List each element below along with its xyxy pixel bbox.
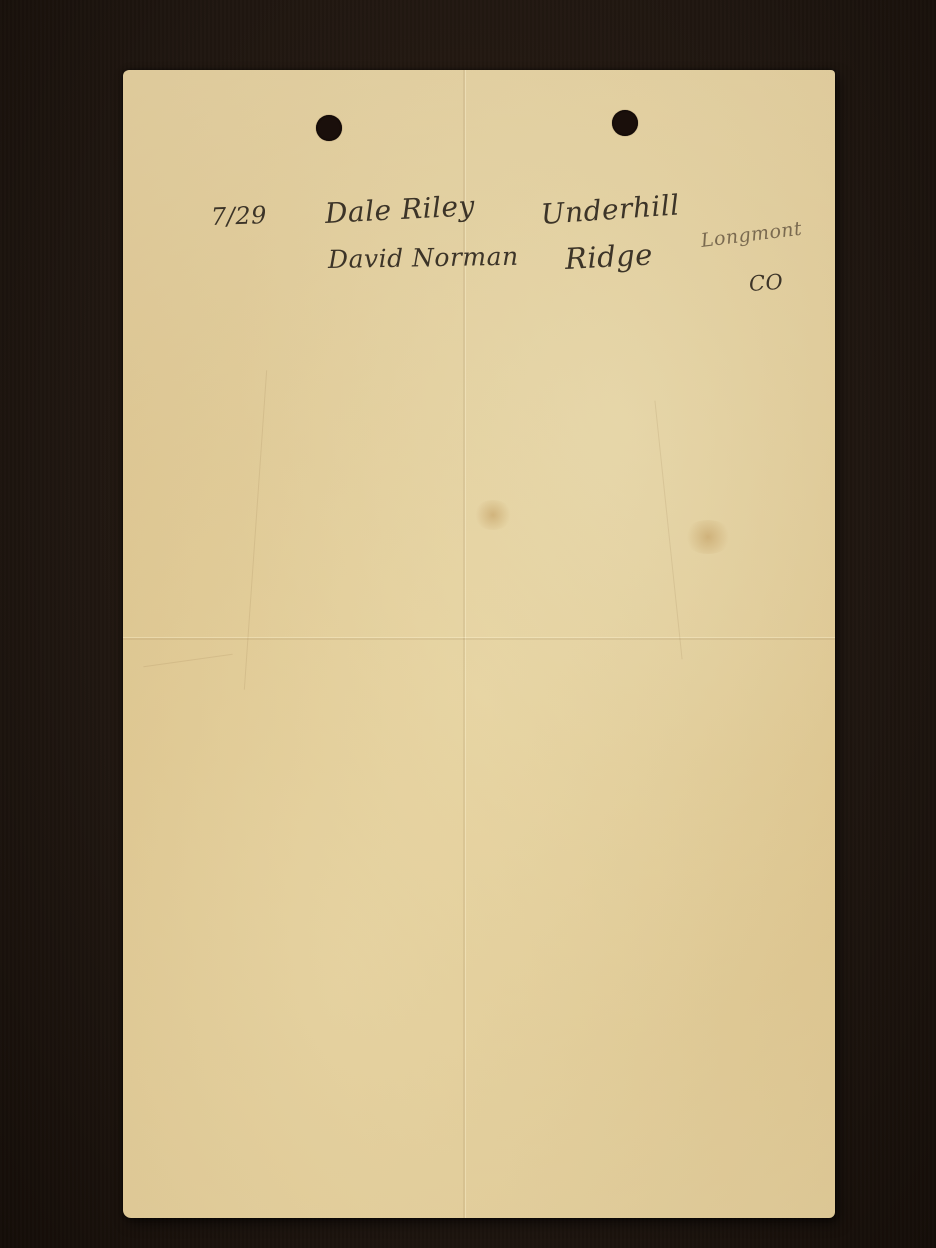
handwritten-city: Longmont	[700, 218, 804, 252]
paper-stain	[473, 500, 513, 530]
punch-hole-left	[316, 115, 342, 141]
handwritten-route-line-1: Underhill	[540, 188, 681, 231]
paper-sheet: 7/29 Dale Riley David Norman Underhill R…	[123, 70, 835, 1218]
punch-hole-right	[612, 110, 638, 136]
paper-crease	[654, 401, 682, 660]
handwritten-state: CO	[748, 270, 784, 296]
handwritten-date: 7/29	[211, 201, 268, 231]
paper-stain	[683, 520, 733, 554]
handwritten-name-2: David Norman	[328, 242, 519, 274]
horizontal-fold-line	[123, 638, 835, 640]
paper-crease	[143, 654, 232, 668]
handwritten-name-1: Dale Riley	[324, 189, 475, 230]
handwritten-route-line-2: Ridge	[564, 237, 654, 276]
paper-crease	[244, 370, 267, 689]
